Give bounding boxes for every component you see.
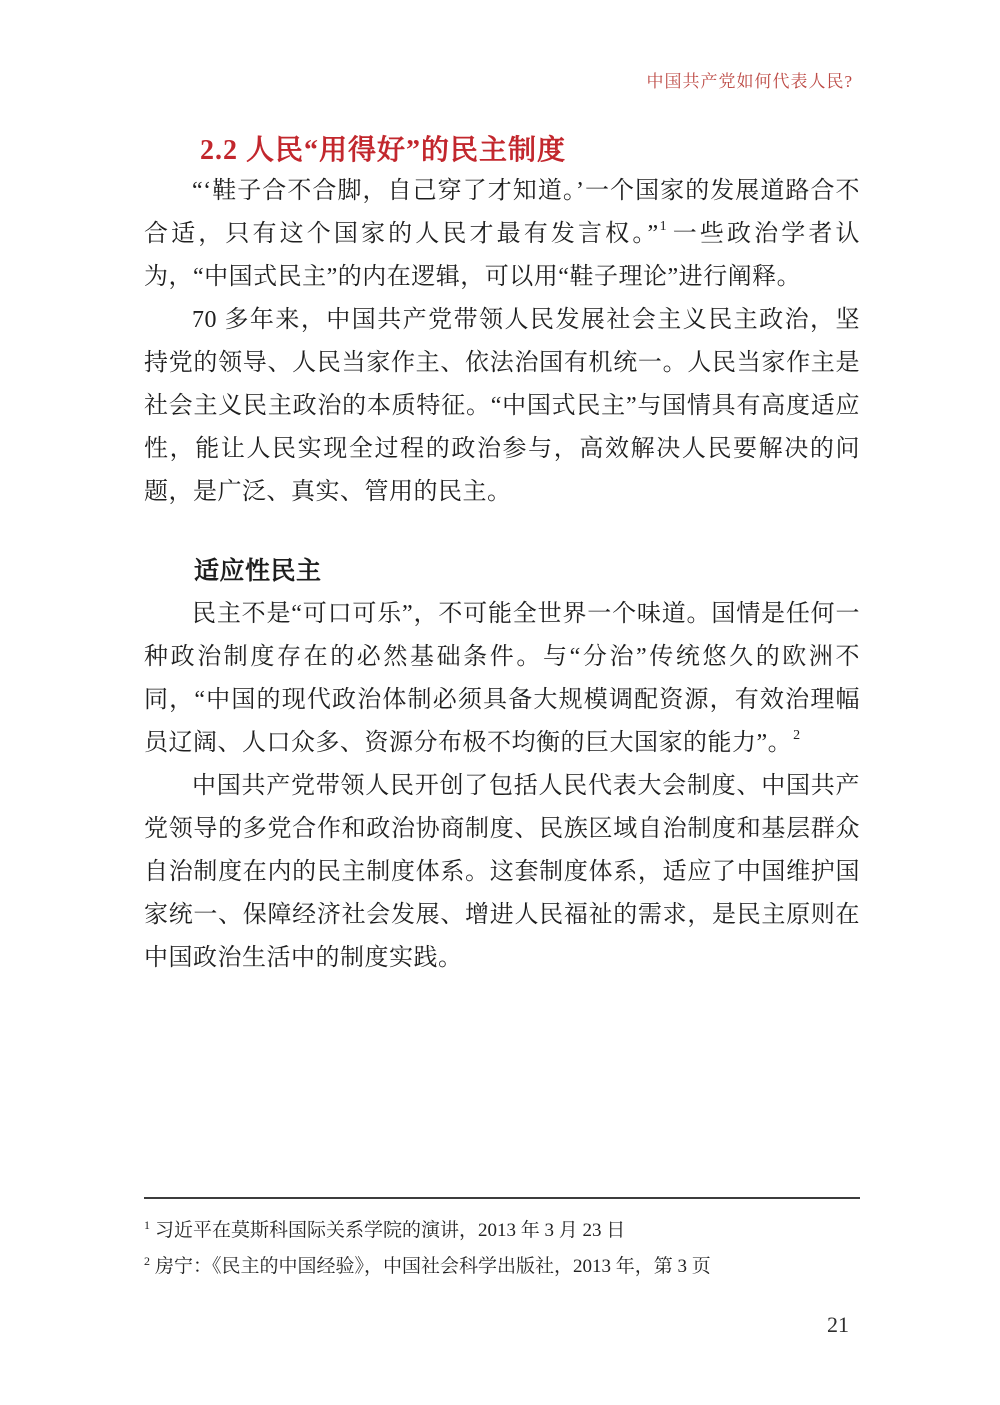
section-title: 2.2 人民“用得好”的民主制度 bbox=[144, 132, 860, 170]
footnote-2-marker: 2 bbox=[144, 1254, 150, 1268]
footnote-2: 2房宁：《民主的中国经验》，中国社会科学出版社，2013 年，第 3 页 bbox=[144, 1249, 860, 1285]
footnote-divider bbox=[144, 1197, 860, 1199]
paragraph-2: 70 多年来，中国共产党带领人民发展社会主义民主政治，坚持党的领导、人民当家作主… bbox=[144, 299, 860, 514]
footnote-ref-1: 1 bbox=[660, 219, 668, 234]
running-header: 中国共产党如何代表人民? bbox=[646, 71, 853, 93]
paragraph-4-text: 中国共产党带领人民开创了包括人民代表大会制度、中国共产党领导的多党合作和政治协商… bbox=[144, 773, 860, 971]
paragraph-1: “‘鞋子合不合脚，自己穿了才知道。’一个国家的发展道路合不合适，只有这个国家的人… bbox=[144, 170, 860, 299]
page-number: 21 bbox=[827, 1311, 849, 1339]
footnote-ref-2: 2 bbox=[793, 728, 801, 743]
footnote-1-text: 习近平在莫斯科国际关系学院的演讲，2013 年 3 月 23 日 bbox=[155, 1220, 625, 1241]
page-content: 2.2 人民“用得好”的民主制度 “‘鞋子合不合脚，自己穿了才知道。’一个国家的… bbox=[144, 132, 860, 980]
footnotes-section: 1习近平在莫斯科国际关系学院的演讲，2013 年 3 月 23 日 2房宁：《民… bbox=[144, 1197, 860, 1285]
subsection-title: 适应性民主 bbox=[144, 550, 860, 593]
footnote-1-marker: 1 bbox=[144, 1218, 150, 1232]
footnote-2-text: 房宁：《民主的中国经验》，中国社会科学出版社，2013 年，第 3 页 bbox=[155, 1256, 711, 1277]
paragraph-3: 民主不是“可口可乐”，不可能全世界一个味道。国情是任何一种政治制度存在的必然基础… bbox=[144, 593, 860, 765]
footnote-1: 1习近平在莫斯科国际关系学院的演讲，2013 年 3 月 23 日 bbox=[144, 1213, 860, 1249]
document-page: 中国共产党如何代表人民? 2.2 人民“用得好”的民主制度 “‘鞋子合不合脚，自… bbox=[0, 0, 1000, 1405]
paragraph-4: 中国共产党带领人民开创了包括人民代表大会制度、中国共产党领导的多党合作和政治协商… bbox=[144, 765, 860, 980]
paragraph-3-text: 民主不是“可口可乐”，不可能全世界一个味道。国情是任何一种政治制度存在的必然基础… bbox=[144, 601, 860, 756]
paragraph-2-text: 70 多年来，中国共产党带领人民发展社会主义民主政治，坚持党的领导、人民当家作主… bbox=[144, 307, 860, 505]
